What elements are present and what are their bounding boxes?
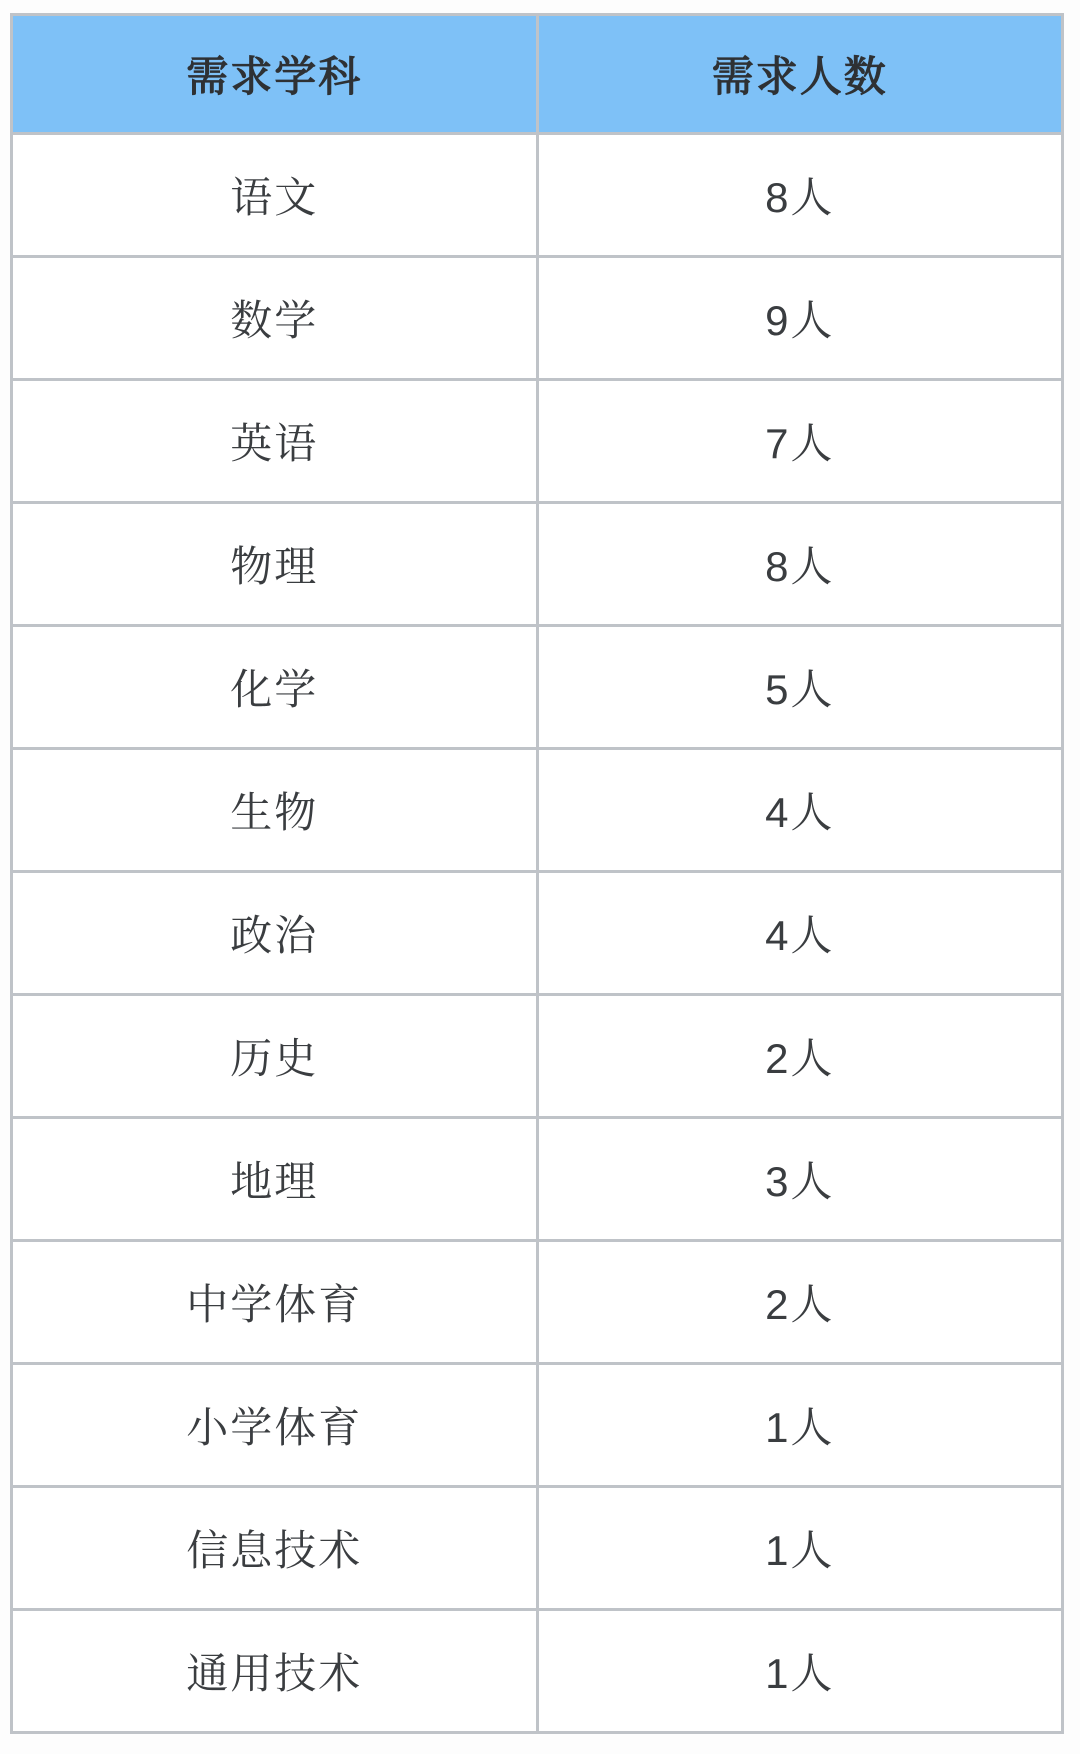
table-row: 生物4人: [12, 749, 1063, 872]
count-cell: 7人: [537, 380, 1063, 503]
header-subject: 需求学科: [12, 15, 538, 134]
count-cell: 3人: [537, 1118, 1063, 1241]
subject-cell: 政治: [12, 872, 538, 995]
requirements-table-container: 需求学科 需求人数 语文8人数学9人英语7人物理8人化学5人生物4人政治4人历史…: [10, 13, 1064, 1734]
subject-cell: 小学体育: [12, 1364, 538, 1487]
subject-cell: 中学体育: [12, 1241, 538, 1364]
table-body: 语文8人数学9人英语7人物理8人化学5人生物4人政治4人历史2人地理3人中学体育…: [12, 134, 1063, 1733]
count-cell: 1人: [537, 1610, 1063, 1733]
count-cell: 8人: [537, 134, 1063, 257]
count-cell: 2人: [537, 995, 1063, 1118]
subject-cell: 生物: [12, 749, 538, 872]
count-cell: 9人: [537, 257, 1063, 380]
header-count: 需求人数: [537, 15, 1063, 134]
table-row: 数学9人: [12, 257, 1063, 380]
table-row: 化学5人: [12, 626, 1063, 749]
count-cell: 2人: [537, 1241, 1063, 1364]
subject-cell: 语文: [12, 134, 538, 257]
count-cell: 5人: [537, 626, 1063, 749]
count-cell: 1人: [537, 1487, 1063, 1610]
subject-cell: 物理: [12, 503, 538, 626]
subject-cell: 地理: [12, 1118, 538, 1241]
table-row: 小学体育1人: [12, 1364, 1063, 1487]
subject-cell: 历史: [12, 995, 538, 1118]
subject-cell: 通用技术: [12, 1610, 538, 1733]
count-cell: 4人: [537, 872, 1063, 995]
count-cell: 8人: [537, 503, 1063, 626]
subject-cell: 化学: [12, 626, 538, 749]
table-row: 地理3人: [12, 1118, 1063, 1241]
table-row: 历史2人: [12, 995, 1063, 1118]
subject-cell: 信息技术: [12, 1487, 538, 1610]
count-cell: 4人: [537, 749, 1063, 872]
page-canvas: 需求学科 需求人数 语文8人数学9人英语7人物理8人化学5人生物4人政治4人历史…: [0, 0, 1080, 1754]
header-row: 需求学科 需求人数: [12, 15, 1063, 134]
count-cell: 1人: [537, 1364, 1063, 1487]
table-row: 英语7人: [12, 380, 1063, 503]
subject-cell: 数学: [12, 257, 538, 380]
table-header: 需求学科 需求人数: [12, 15, 1063, 134]
table-row: 信息技术1人: [12, 1487, 1063, 1610]
table-row: 通用技术1人: [12, 1610, 1063, 1733]
table-row: 语文8人: [12, 134, 1063, 257]
table-row: 物理8人: [12, 503, 1063, 626]
table-row: 中学体育2人: [12, 1241, 1063, 1364]
requirements-table: 需求学科 需求人数 语文8人数学9人英语7人物理8人化学5人生物4人政治4人历史…: [10, 13, 1064, 1734]
table-row: 政治4人: [12, 872, 1063, 995]
subject-cell: 英语: [12, 380, 538, 503]
